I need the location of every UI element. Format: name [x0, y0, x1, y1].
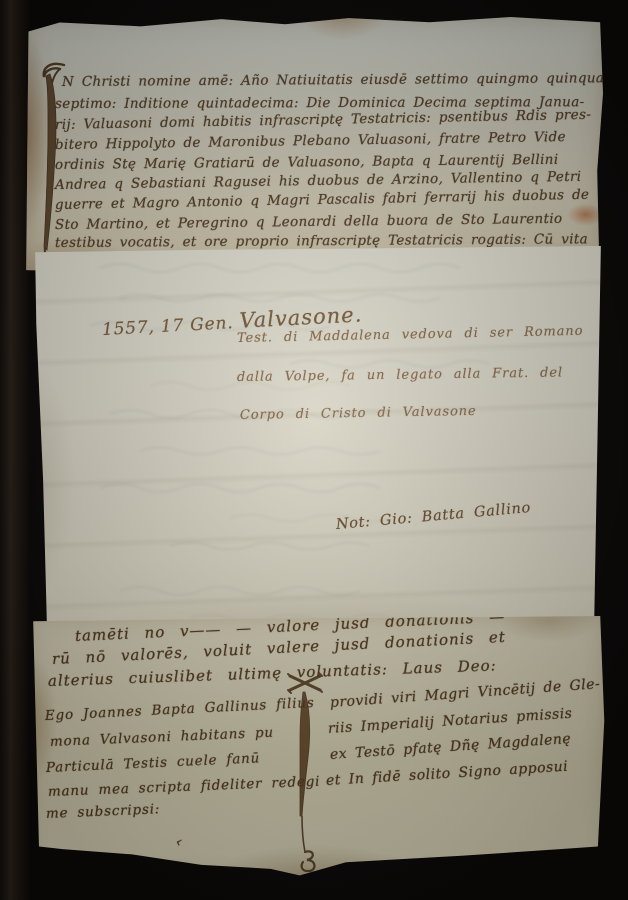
manuscript-line: guerre et Magro Antonio q Magri Pascalis… [55, 189, 590, 213]
binding-gutter [0, 0, 30, 900]
middle-sheet: 1557, 17 Gen. Valvasone. Test. di Maddal… [30, 246, 602, 638]
manuscript-line: N Christi nomine amē: Año Natiuitatis ei… [62, 72, 628, 89]
notary-subscription-line: ex Testō pfatę Dñę Magdalenę [330, 732, 572, 762]
notary-subscription-line: me subscripsi: [46, 803, 161, 821]
manuscript-line: bitero Hippolyto de Maronibus Plebano Va… [55, 131, 566, 153]
top-sheet: N Christi nomine amē: Año Natiuitatis ei… [25, 16, 603, 274]
manuscript-photo: N Christi nomine amē: Año Natiuitatis ei… [0, 0, 628, 900]
notary-subscription-line: riis Imperialij Notarius pmissis [328, 707, 573, 736]
manuscript-line: Sto Martino, et Peregrino q Leonardi del… [55, 213, 563, 233]
date-text: 1557, 17 Gen. [102, 313, 234, 340]
notary-subscription-line: Ego Joannes Bapta Gallinus filius [45, 697, 315, 724]
notary-subscription-line: et In fidē solito Signo apposui [326, 760, 569, 788]
notary-subscription-line: mona Valvasoni habitans pu [50, 727, 274, 750]
archival-note-line: dalla Volpe, fa un legato alla Frat. del [237, 366, 563, 384]
archival-note-line: Corpo di Cristo di Valvasone [240, 405, 477, 422]
notary-subscription-line: Particulā Testis cuele fanū [46, 752, 261, 775]
notary-signature: Not: Gio: Batta Gallino [335, 501, 531, 533]
pen-stroke-mark: ‹ [174, 834, 183, 850]
bottom-sheet: tamēti no v—— — valore jusd donationis —… [28, 616, 606, 878]
notary-subscription-line: manu mea scripta fideliter redegi [48, 776, 321, 800]
notary-subscription-line: providi viri Magri Vincētij de Gle- [330, 677, 601, 710]
